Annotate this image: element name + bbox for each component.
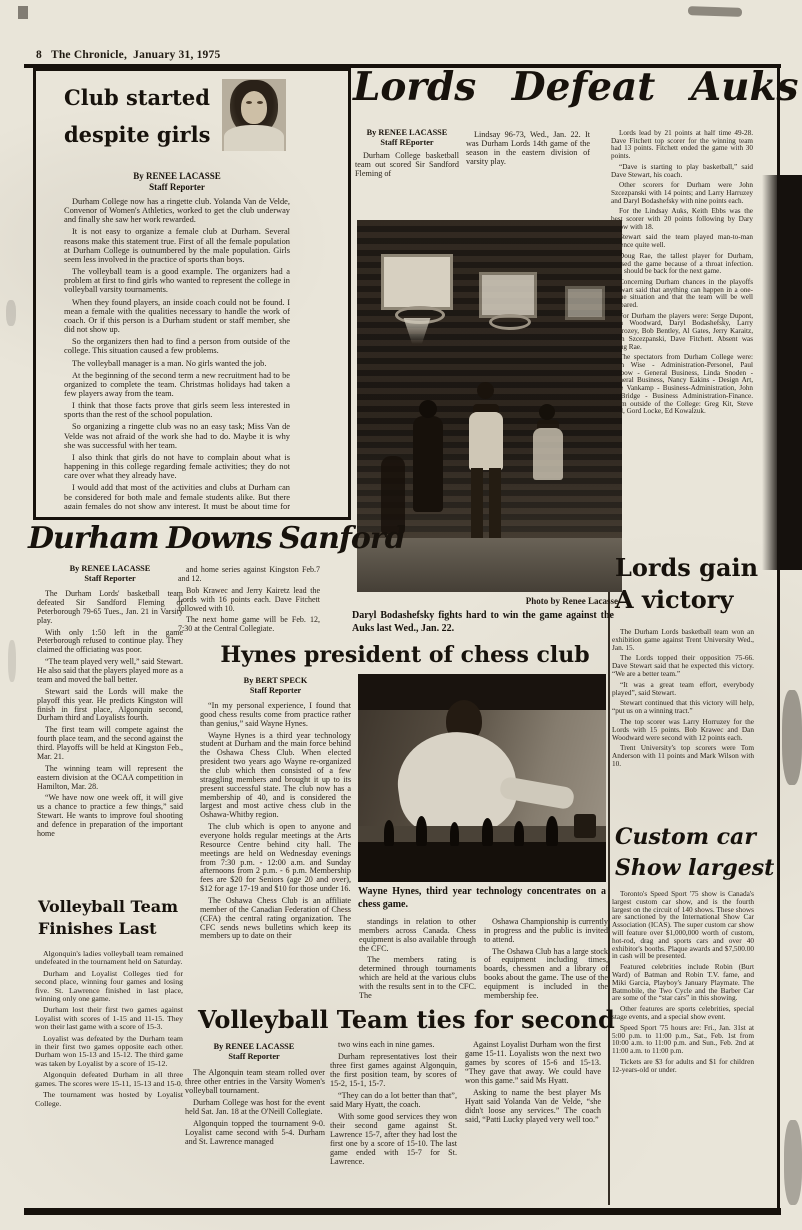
scan-artifact-blob [784, 1120, 802, 1205]
durham-downs-byline: By RENEE LACASSE Staff Reporter [37, 564, 183, 585]
paragraph: “In my personal experience, I found that… [200, 702, 351, 729]
chess-piece-shape [546, 816, 558, 846]
lords-defeat-col3: Lords lead by 21 points at half time 49-… [611, 130, 753, 568]
portrait-shoulders-shape [224, 125, 284, 151]
byline-author: By RENEE LACASSE [64, 171, 290, 182]
chess-piece-shape [450, 822, 459, 846]
paragraph: For Durham the players were: Serge Dupon… [611, 313, 753, 352]
chessboard-shape [358, 842, 606, 882]
paragraph: The club which is open to anyone and eve… [200, 823, 351, 894]
scan-artifact-blob [782, 690, 802, 785]
lords-gain-body: The Durham Lords basketball team won an … [612, 628, 754, 824]
paragraph: “The team played very well,” said Stewar… [37, 658, 183, 685]
paragraph: With only 1:50 left in the game Peterbor… [37, 629, 183, 656]
custom-car-headline-line1: Custom car [615, 826, 756, 848]
player-figure-white-jersey [469, 412, 503, 470]
paragraph: Durham College now has a ringette club. … [64, 197, 290, 224]
club-headline-line1: Club started [64, 87, 210, 108]
paragraph: The volleyball manager is a man. No girl… [64, 359, 290, 368]
paragraph: The spectators from Durham College were:… [611, 354, 753, 416]
vb-last-headline-line2: Finishes Last [38, 921, 157, 937]
vb-second-col3: Against Loyalist Durham won the first ga… [465, 1040, 601, 1127]
paragraph: I would add that most of the activities … [64, 483, 290, 509]
hynes-byline: By BERT SPECK Staff Reporter [200, 676, 351, 697]
paragraph: Toronto's Speed Sport '75 show is Canada… [612, 890, 754, 960]
hynes-headline: Hynes president of chess club [200, 644, 610, 666]
paragraph: Other features are sports celebrities, s… [612, 1005, 754, 1021]
basketball-hoop-shape [489, 314, 531, 330]
paragraph: Durham College was host for the event he… [185, 1098, 325, 1116]
player-head-shape [477, 382, 494, 399]
byline-author: By RENEE LACASSE [37, 564, 183, 574]
paragraph: Stewart continued that this victory will… [612, 699, 754, 715]
paragraph: The Oshawa Club has a large stock of equ… [484, 948, 608, 1001]
custom-car-body: Toronto's Speed Sport '75 show is Canada… [612, 890, 754, 1206]
paragraph: The first team will compete against the … [37, 726, 183, 762]
lords-defeat-col1: By RENEE LACASSE Staff REporter Durham C… [355, 128, 459, 181]
paragraph: Concerning Durham chances in the playoff… [611, 279, 753, 310]
durham-downs-col1: The Durham Lords' basketball team defeat… [37, 590, 183, 884]
woman-portrait-photo [222, 79, 286, 151]
chess-photo-caption: Wayne Hynes, third year technology conce… [358, 886, 606, 912]
byline-role: Staff Reporter [200, 686, 351, 696]
backboard-shape [565, 286, 605, 320]
paragraph: For the Lindsay Auks, Keith Ebbs was the… [611, 208, 753, 231]
article-club-started: Club started despite girls By RENEE LACA… [33, 68, 351, 520]
hynes-col2: standings in relation to other members a… [359, 918, 476, 1004]
chess-piece-shape [416, 816, 427, 846]
paragraph: Durham and Loyalist Colleges tied for se… [35, 970, 183, 1004]
chess-piece-shape [384, 820, 394, 846]
paragraph: The tournament was hosted by Loyalist Co… [35, 1091, 183, 1108]
paragraph: The next home game will be Feb. 12, 7:30… [178, 616, 320, 634]
paragraph: It is not easy to organize a female club… [64, 227, 290, 264]
byline-role: Staff Reporter [185, 1052, 323, 1062]
paragraph: Stewart said the team played man-to-man … [611, 234, 753, 249]
paragraph: Stewart said the Lords will make the pla… [37, 688, 183, 724]
portrait-eye-shape [246, 101, 252, 104]
paragraph: Oshawa Championship is currently in prog… [484, 918, 608, 945]
byline-role: Staff Reporter [64, 182, 290, 193]
masthead: 8 The Chronicle, January 31, 1975 [36, 49, 220, 61]
paragraph: Doug Rae, the tallest player for Durham,… [611, 253, 753, 276]
club-body-column: Durham College now has a ringette club. … [64, 197, 290, 509]
paragraph: Loyalist was defeated by the Durham team… [35, 1035, 183, 1069]
scan-artifact-right-strip [762, 175, 802, 570]
player-leg-shape [471, 468, 483, 538]
byline-author: By RENEE LACASSE [355, 128, 459, 138]
durham-downs-headline: Durham Downs Sanford [28, 524, 405, 554]
paragraph: Trent University's top scorers were Tom … [612, 744, 754, 767]
hynes-col3: Oshawa Championship is currently in prog… [484, 918, 608, 1004]
durham-downs-col2: and home series against Kingston Feb.7 a… [178, 566, 320, 637]
chess-clock-shape [574, 814, 596, 838]
paragraph: The volleyball team is a good example. T… [64, 267, 290, 294]
byline-author: By BERT SPECK [200, 676, 351, 686]
vb-second-col1: The Algonquin team steam rolled over thr… [185, 1068, 325, 1149]
paragraph: With some good services they won their s… [330, 1112, 457, 1166]
paragraph: Other scorers for Durham were John Szcez… [611, 182, 753, 205]
paragraph: When they found players, an inside coach… [64, 298, 290, 335]
paragraph: Lindsay 96-73, Wed., Jan. 22. It was Dur… [466, 130, 590, 166]
paragraph: Tickets are $3 for adults and $1 for chi… [612, 1058, 754, 1074]
paragraph: The Lords topped their opposition 75-66.… [612, 654, 754, 677]
byline-author: By RENEE LACASSE [185, 1042, 323, 1052]
paragraph: Algonquin defeated Durham in all three g… [35, 1071, 183, 1088]
newspaper-page: 8 The Chronicle, January 31, 1975 Club s… [0, 0, 802, 1230]
portrait-eye-shape [257, 101, 263, 104]
portrait-face-shape [241, 91, 267, 124]
paragraph: Wayne Hynes is a third year technology s… [200, 732, 351, 821]
paragraph: Speed Sport '75 hours are: Fri., Jan. 31… [612, 1024, 754, 1055]
paragraph: The top scorer was Larry Horruzey for th… [612, 718, 754, 741]
scan-artifact-mark [18, 6, 28, 19]
player-leg-shape [489, 468, 501, 538]
chess-player-photo [358, 674, 606, 882]
scan-artifact-smudge [688, 6, 742, 17]
scan-artifact-mark [8, 640, 16, 682]
chess-piece-shape [482, 818, 493, 846]
hynes-col1: “In my personal experience, I found that… [200, 702, 351, 1008]
player-figure [533, 428, 563, 480]
backboard-shape [381, 254, 453, 310]
paragraph: Durham lost their first two games agains… [35, 1006, 183, 1031]
paragraph: Against Loyalist Durham won the first ga… [465, 1040, 601, 1085]
byline-role: Staff Reporter [37, 574, 183, 584]
paragraph: The winning team will represent the east… [37, 765, 183, 792]
paragraph: Asking to name the best player Ms Hyatt … [465, 1088, 601, 1124]
paragraph: The Oshawa Chess Club is an affiliate me… [200, 897, 351, 941]
vb-last-headline-line1: Volleyball Team [38, 899, 178, 915]
paragraph: Algonquin topped the tournament 9-0. Loy… [185, 1119, 325, 1146]
club-byline: By RENEE LACASSE Staff Reporter [64, 171, 290, 194]
lords-gain-headline-line1: Lords gain [615, 556, 758, 580]
column-text: Durham College basketball team out score… [355, 151, 459, 181]
vb-second-col2: two wins each in nine games.Durham repre… [330, 1040, 457, 1169]
vb-second-headline: Volleyball Team ties for second [198, 1008, 584, 1032]
right-edge-rule [777, 64, 780, 1212]
photo-credit: Photo by Renee Lacasse [360, 596, 618, 606]
lords-gain-headline-line2: A victory [615, 588, 733, 612]
basketball-net-shape [401, 318, 433, 344]
byline-role: Staff REporter [355, 138, 459, 148]
paragraph: The Durham Lords basketball team won an … [612, 628, 754, 651]
player-head-shape [419, 400, 437, 418]
paragraph: standings in relation to other members a… [359, 918, 476, 953]
paragraph: So the organizers then had to find a per… [64, 337, 290, 355]
custom-car-headline-line2: Show largest [615, 857, 774, 879]
player-figure [413, 416, 443, 512]
paragraph: I think that those facts prove that girl… [64, 401, 290, 419]
photo-dark-band-shape [358, 674, 606, 710]
paragraph: At the beginning of the second term a ne… [64, 371, 290, 398]
lords-defeat-col2: Lindsay 96-73, Wed., Jan. 22. It was Dur… [466, 130, 590, 169]
scan-artifact-mark [6, 300, 16, 326]
paragraph: “Dave is starting to play basketball,” s… [611, 164, 753, 179]
paragraph: Lords lead by 21 points at half time 49-… [611, 130, 753, 161]
bottom-rule [24, 1208, 781, 1215]
paragraph: I also think that girls do not have to c… [64, 453, 290, 480]
paragraph: Durham representatives lost their three … [330, 1052, 457, 1088]
lords-defeat-headline: Lords Defeat Auks [353, 68, 725, 107]
paragraph: So organizing a ringette club was no an … [64, 422, 290, 449]
paragraph: “We have now one week off, it will give … [37, 794, 183, 838]
paragraph: Bob Krawec and Jerry Kairetz lead the Lo… [178, 587, 320, 614]
lords-defeat-byline: By RENEE LACASSE Staff REporter [355, 128, 459, 149]
player-head-shape [539, 404, 555, 420]
vb-second-byline: By RENEE LACASSE Staff Reporter [185, 1042, 323, 1063]
chess-piece-shape [514, 821, 524, 846]
paragraph: Featured celebrities include Robin (Burt… [612, 963, 754, 1002]
paragraph: two wins each in nine games. [330, 1040, 457, 1049]
paragraph: Algonquin's ladies volleyball team remai… [35, 950, 183, 967]
paragraph: Durham College basketball team out score… [355, 151, 459, 178]
paragraph: The Algonquin team steam rolled over thr… [185, 1068, 325, 1095]
paragraph: The Durham Lords' basketball team defeat… [37, 590, 183, 626]
paragraph: “They can do a lot better than that”, sa… [330, 1091, 457, 1109]
paragraph: and home series against Kingston Feb.7 a… [178, 566, 320, 584]
vb-last-body: Algonquin's ladies volleyball team remai… [35, 950, 183, 1174]
paragraph: The members rating is determined through… [359, 956, 476, 1000]
backboard-shape [479, 272, 537, 318]
club-headline-line2: despite girls [64, 124, 210, 145]
basketball-photo-caption: Daryl Bodashefsky fights hard to win the… [352, 610, 614, 636]
paragraph: “It was a great team effort, everybody p… [612, 681, 754, 697]
